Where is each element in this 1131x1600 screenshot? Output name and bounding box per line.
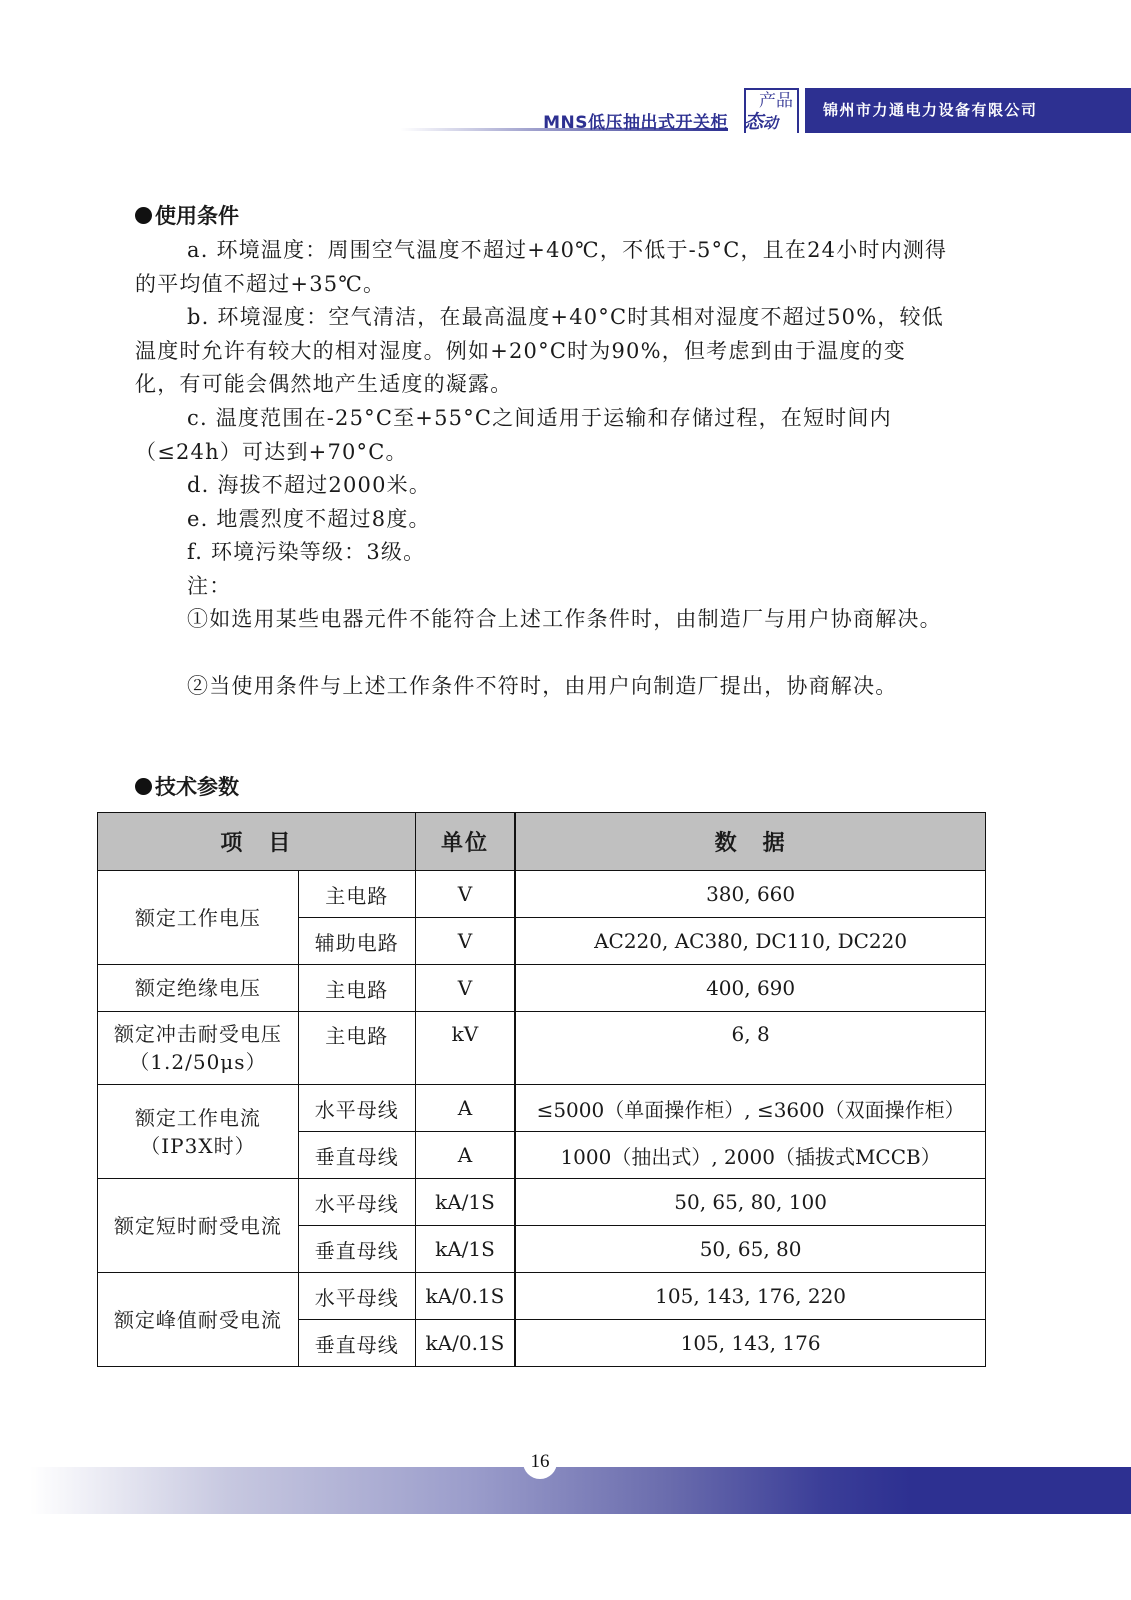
note-label: 注：	[135, 570, 950, 604]
bullet-icon	[135, 207, 152, 224]
section-heading-usage-conditions: 使用条件	[135, 200, 239, 230]
unit-cell: V	[415, 918, 515, 965]
product-logo: 产品 态动	[744, 88, 799, 133]
data-cell: 6, 8	[515, 1012, 985, 1085]
sub-item-cell: 水平母线	[298, 1085, 415, 1132]
company-name-banner: 锦州市力通电力设备有限公司	[805, 88, 1131, 133]
sub-item-cell: 垂直母线	[298, 1226, 415, 1273]
table-row: 额定峰值耐受电流 水平母线 kA/0.1S 105, 143, 176, 220	[98, 1273, 986, 1320]
unit-cell: kA/0.1S	[415, 1273, 515, 1320]
sub-item-cell: 主电路	[298, 965, 415, 1012]
paragraph-ambient-temperature: a. 环境温度：周围空气温度不超过+40℃，不低于-5°C，且在24小时内测得的…	[135, 234, 950, 301]
item-cell: 额定短时耐受电流	[98, 1179, 299, 1273]
column-header-unit: 单位	[415, 813, 515, 871]
sub-item-cell: 水平母线	[298, 1273, 415, 1320]
data-cell: 105, 143, 176, 220	[515, 1273, 985, 1320]
item-cell: 额定峰值耐受电流	[98, 1273, 299, 1367]
unit-cell: kA/1S	[415, 1179, 515, 1226]
data-cell: 50, 65, 80, 100	[515, 1179, 985, 1226]
item-cell: 额定绝缘电压	[98, 965, 299, 1012]
data-cell: 105, 143, 176	[515, 1320, 985, 1367]
note-2: ②当使用条件与上述工作条件不符时，由用户向制造厂提出，协商解决。	[135, 670, 950, 704]
footer-gradient-band	[30, 1467, 1131, 1514]
logo-text-line1: 产品	[759, 91, 793, 111]
item-cell: 额定工作电压	[98, 871, 299, 965]
column-header-item: 项 目	[98, 813, 416, 871]
bullet-icon	[135, 778, 152, 795]
unit-cell: kA/0.1S	[415, 1320, 515, 1367]
document-title: MNS低压抽出式开关柜	[530, 108, 728, 133]
unit-cell: kV	[415, 1012, 515, 1085]
paragraph-humidity: b. 环境湿度：空气清洁，在最高温度+40°C时其相对湿度不超过50%，较低温度…	[135, 301, 950, 402]
data-cell: ≤5000（单面操作柜）, ≤3600（双面操作柜）	[515, 1085, 985, 1132]
note-1: ①如选用某些电器元件不能符合上述工作条件时，由制造厂与用户协商解决。	[135, 603, 950, 637]
table-row: 额定绝缘电压 主电路 V 400, 690	[98, 965, 986, 1012]
sub-item-cell: 水平母线	[298, 1179, 415, 1226]
sub-item-cell: 辅助电路	[298, 918, 415, 965]
data-cell: AC220, AC380, DC110, DC220	[515, 918, 985, 965]
unit-cell: A	[415, 1085, 515, 1132]
table-row: 额定工作电流（IP3X时） 水平母线 A ≤5000（单面操作柜）, ≤3600…	[98, 1085, 986, 1132]
unit-cell: V	[415, 965, 515, 1012]
logo-text-line2: 态动	[744, 111, 778, 134]
sub-item-cell: 垂直母线	[298, 1320, 415, 1367]
unit-cell: kA/1S	[415, 1226, 515, 1273]
page-number: 16	[523, 1445, 557, 1479]
unit-cell: V	[415, 871, 515, 918]
paragraph-temperature-range: c. 温度范围在-25°C至+55°C之间适用于运输和存储过程，在短时间内（≤2…	[135, 402, 950, 469]
paragraph-altitude: d. 海拔不超过2000米。	[135, 469, 950, 503]
column-header-data: 数 据	[515, 813, 985, 871]
data-cell: 50, 65, 80	[515, 1226, 985, 1273]
table-row: 额定工作电压 主电路 V 380, 660	[98, 871, 986, 918]
unit-cell: A	[415, 1132, 515, 1179]
table-row: 额定冲击耐受电压（1.2/50μs） 主电路 kV 6, 8	[98, 1012, 986, 1085]
data-cell: 1000（抽出式）, 2000（插拔式MCCB）	[515, 1132, 985, 1179]
tech-params-table: 项 目 单位 数 据 额定工作电压 主电路 V 380, 660 辅助电路 V …	[97, 812, 986, 1367]
item-cell: 额定工作电流（IP3X时）	[98, 1085, 299, 1179]
sub-item-cell: 主电路	[298, 871, 415, 918]
sub-item-cell: 垂直母线	[298, 1132, 415, 1179]
item-cell: 额定冲击耐受电压（1.2/50μs）	[98, 1012, 299, 1085]
data-cell: 380, 660	[515, 871, 985, 918]
paragraph-seismic: e. 地震烈度不超过8度。	[135, 503, 950, 537]
section-heading-tech-params: 技术参数	[135, 771, 239, 801]
data-cell: 400, 690	[515, 965, 985, 1012]
paragraph-pollution: f. 环境污染等级：3级。	[135, 536, 950, 570]
table-header-row: 项 目 单位 数 据	[98, 813, 986, 871]
table-row: 额定短时耐受电流 水平母线 kA/1S 50, 65, 80, 100	[98, 1179, 986, 1226]
sub-item-cell: 主电路	[298, 1012, 415, 1085]
